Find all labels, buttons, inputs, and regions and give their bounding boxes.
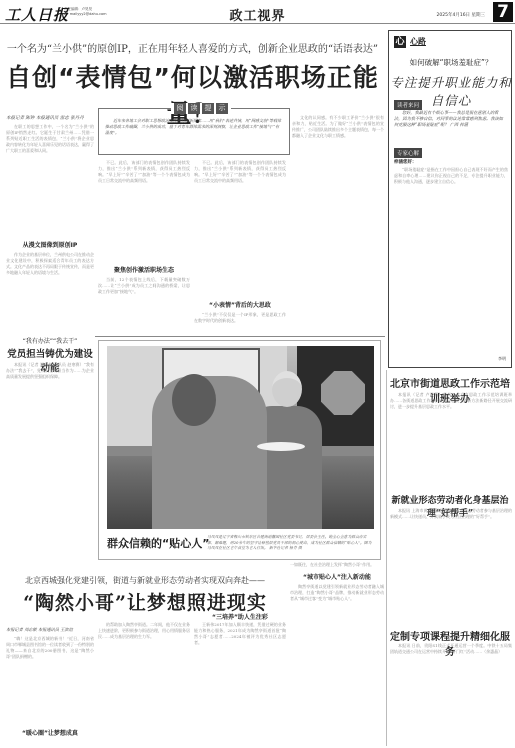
editor-note-title: 阅 读 提 示: [171, 103, 231, 114]
lead-subhead-1: 从漫文图像到原创IP: [6, 240, 94, 249]
lead-subhead-2: “小表情”背后的大思政: [194, 300, 286, 309]
column-divider: [386, 370, 387, 746]
lead-col2-text: 不已。此后，该部门的表情包创作团队持续发力，推出“兰小供”系列新表情，获得员工热…: [98, 160, 190, 260]
bottom-subhead-a: “暖心圈”让梦想成真: [6, 728, 94, 737]
lead-col1-text: 在职工的思想工作中，一个名为“兰小供”的原创IP悄然走红。它诞生于甘肃兰州……凭…: [6, 124, 94, 234]
lead-col3-text: 不已。此后，该部门的表情包创作团队持续发力，推出“兰小供”系列新表情，获得员工热…: [194, 160, 286, 275]
party-text: 本报讯（记者 邹生林 通讯员 赵寒赛）“我有办法”“我去干”，党员们主动担当作为…: [6, 362, 94, 567]
news-photo: 群众信赖的“贴心人” 马凤凤是辽宁省鞍山市铁东区合建街道馨园社区党委书记、居委会…: [98, 340, 381, 560]
bottom-subhead-c: “三培养”助人生注彩: [194, 612, 286, 621]
photo-image: [107, 346, 374, 529]
reader-letter: 您好，我最近有个烦心事——我总是很在意别人的看法，因为我不够自信，对同事的议论常…: [394, 110, 506, 128]
column-label: 心路: [410, 36, 426, 47]
lead-col1-text-b: 作为企业的基层单位，兰州供电公司在推动企业文化建设中，积极探索适合青年员工的表达…: [6, 252, 94, 322]
editor-note-char: 阅: [174, 103, 186, 114]
editor-note-char: 提: [202, 103, 214, 114]
right-news-2-text: 本报讯 上海市黄浦区积极探索新就业形态劳动者参与基层治理的新模式……让快递员、外…: [390, 508, 512, 615]
column-sidebar: 心 心路 如何破解“职场羞耻症”？ 专注提升职业能力和自信心 读者来问 您好，我…: [388, 30, 512, 368]
expert-text: “职场羞耻症”是指在工作中因担心自己表现不好而产生的焦虑和自卑心理……建议你正视…: [394, 167, 508, 357]
bottom-col3-intro: 一如既往，在社会治理上发挥“陶然小哥”作用。: [290, 562, 384, 570]
bottom-col3-text: 陶然亭街道以党建引领新就业形态劳动者融入城市治理，打造“陶然小哥”品牌，推动新就…: [290, 584, 384, 744]
food-plate: [257, 442, 305, 451]
heart-column-icon: 心: [394, 36, 406, 48]
bottom-subhead-b: “城市贴心人”注入新动能: [290, 572, 384, 581]
lead-byline: 本报记者 陈钟 本报通讯员 雷志 张丹丹: [6, 115, 84, 121]
reader-tag: 读者来问: [394, 100, 422, 110]
lead-subhead-mid: 聚焦创作激活职场生态: [98, 265, 190, 274]
photo-caption-text: 马凤凤是辽宁省鞍山市铁东区合建街道馨园社区党委书记、居委会主任。她全心全意为群众…: [207, 534, 372, 551]
photo-caption-title: 群众信赖的“贴心人”: [107, 535, 209, 551]
lead-col-mid-text: 当前，12个表情包上线后，下载量突破数万次……让“兰小供”成为员工之间沟通的桥梁…: [98, 277, 190, 335]
lead-col3-text-b: “兰小供”不仅仅是一个IP形象，更是思政工作在数字时代的创新表达。: [194, 312, 286, 336]
divider: [95, 336, 385, 337]
party-kicker: “我有办法”“我去干”: [6, 336, 94, 345]
column-question: 如何破解“职场羞耻症”？: [389, 57, 513, 68]
editor-note-body: 近年来各地工会对职工思想政治工作进行创新探索……用“我们”表述共情，用“网感文创…: [105, 118, 283, 136]
bottom-col2-text: 的帮助加入陶然亭街道。二年间，他不仅在业务上快速进阶，更积极参与街道治理，用心用…: [98, 622, 190, 746]
editor-note-char: 读: [188, 103, 200, 114]
lead-col4-text: 文化的认同感。有不少职工评价“兰小供”很有亲和力，贴近生活。为了做好“兰小供”表…: [292, 115, 384, 337]
bottom-headline: “陶然小哥”让梦想照进现实: [0, 588, 290, 615]
page-number: 7: [493, 2, 513, 22]
editor-note-char: 示: [216, 103, 228, 114]
editor-note-box: 阅 读 提 示 近年来各地工会对职工思想政治工作进行创新探索……用“我们”表述共…: [98, 108, 290, 155]
column-signoff: 李明: [476, 356, 506, 363]
lead-kicker: 一个名为“兰小供”的原创IP，正在用年轻人喜爱的方式，创新企业思政的“话语表达”: [0, 40, 385, 55]
bottom-byline: 本报记者 刘志敏 本报通讯员 王滨谊: [6, 627, 73, 633]
bottom-kicker: 北京西城强化党建引领，街道与新就业形态劳动者实现双向奔赴——: [0, 575, 290, 586]
right-news-1-text: 本报讯（记者 卢晓燕）日前，北京市思政工作示范培训班举办……各街道思政工作者围绕…: [390, 392, 512, 474]
bottom-col1-text: “嗨！这是北京西城的新书！”近日，河南省周口市郸城县图书馆的一位读者收到了一份特…: [6, 636, 94, 731]
issue-date: 2025年4月16日 星期三: [437, 12, 485, 18]
right-news-3-text: 本报讯 日前，贵阳S1线正式开通运营一个季度。中铁十五局集团轨道交通公司在运营中…: [390, 643, 512, 746]
expert-greeting: 梓涵您好：: [394, 159, 417, 165]
expert-tag: 专家心解: [394, 148, 422, 158]
bottom-col4-text: 王新伟2017年加入顺丰快递，凭借过硬的业务能力和热心服务，2021年成为陶然亭…: [194, 622, 286, 746]
masthead: 工人日报 责任编辑：卢昊昊 E：mailyyy2@dahu.com 政工视界 2…: [0, 0, 515, 24]
